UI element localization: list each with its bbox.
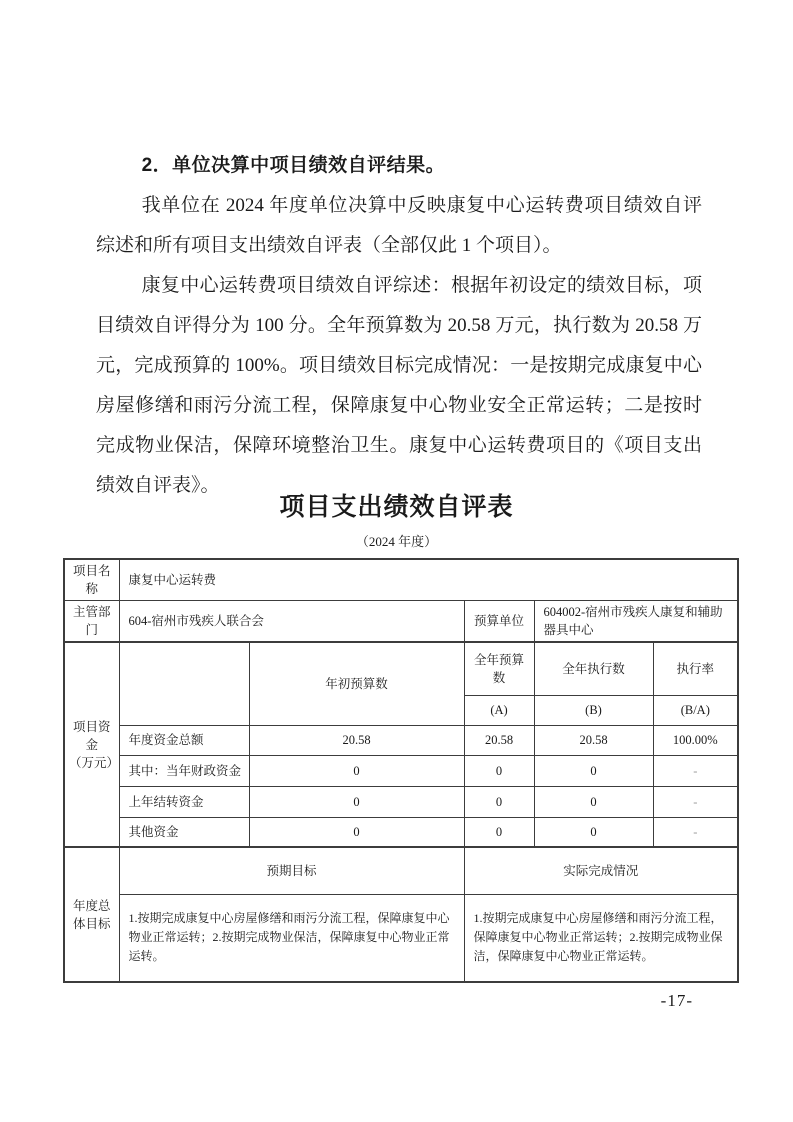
row-goal-header: 年度总 体目标 预期目标 实际完成情况 bbox=[64, 847, 738, 894]
section-heading: 2．单位决算中项目绩效自评结果。 bbox=[96, 146, 702, 186]
fund-rate-value: - bbox=[653, 755, 738, 786]
fund-rate-value: - bbox=[653, 786, 738, 817]
row-funds-header: 项目资 金 （万元） 年初预算数 全年预算数 全年执行数 执行率 bbox=[64, 642, 738, 695]
body-text-block: 2．单位决算中项目绩效自评结果。 我单位在 2024 年度单位决算中反映康复中心… bbox=[96, 146, 702, 506]
page-number: -17- bbox=[661, 991, 693, 1011]
fund-exec-value: 0 bbox=[534, 755, 653, 786]
fund-rate-value: 100.00% bbox=[653, 725, 738, 755]
dept-label: 主管部 门 bbox=[64, 601, 119, 643]
fund-rate-value: - bbox=[653, 817, 738, 847]
fund-row-label: 其他资金 bbox=[119, 817, 249, 847]
col-subheader-a: (A) bbox=[464, 695, 534, 725]
table-title: 项目支出绩效自评表 bbox=[0, 487, 793, 523]
fund-exec-value: 20.58 bbox=[534, 725, 653, 755]
table-subtitle: （2024 年度） bbox=[0, 531, 793, 550]
row-project-name: 项目名 称 康复中心运转费 bbox=[64, 559, 738, 601]
paragraph-summary: 我单位在 2024 年度单位决算中反映康复中心运转费项目绩效自评综述和所有项目支… bbox=[96, 186, 702, 266]
col-header-annual-budget: 全年预算数 bbox=[464, 642, 534, 695]
fund-exec-value: 0 bbox=[534, 817, 653, 847]
fund-row-label: 上年结转资金 bbox=[119, 786, 249, 817]
expected-goal-header: 预期目标 bbox=[119, 847, 464, 894]
annual-goal-label: 年度总 体目标 bbox=[64, 847, 119, 982]
budget-unit-value: 604002-宿州市残疾人康复和辅助器具中心 bbox=[534, 601, 738, 643]
budget-unit-label: 预算单位 bbox=[464, 601, 534, 643]
fund-budget-value: 0 bbox=[464, 755, 534, 786]
col-header-exec-rate: 执行率 bbox=[653, 642, 738, 695]
project-name-value: 康复中心运转费 bbox=[119, 559, 738, 601]
fund-initial-value: 0 bbox=[249, 786, 464, 817]
expected-goal-text: 1.按期完成康复中心房屋修缮和雨污分流工程，保障康复中心物业正常运转；2.按期完… bbox=[119, 894, 464, 982]
fund-row-other: 其他资金 0 0 0 - bbox=[64, 817, 738, 847]
fund-row-label: 年度资金总额 bbox=[119, 725, 249, 755]
actual-result-header: 实际完成情况 bbox=[464, 847, 738, 894]
funds-section-label: 项目资 金 （万元） bbox=[64, 642, 119, 847]
dept-value: 604-宿州市残疾人联合会 bbox=[119, 601, 464, 643]
performance-self-eval-table: 项目名 称 康复中心运转费 主管部 门 604-宿州市残疾人联合会 预算单位 6… bbox=[63, 558, 739, 983]
fund-row-fiscal: 其中：当年财政资金 0 0 0 - bbox=[64, 755, 738, 786]
document-page: 2．单位决算中项目绩效自评结果。 我单位在 2024 年度单位决算中反映康复中心… bbox=[0, 0, 793, 1122]
fund-initial-value: 0 bbox=[249, 817, 464, 847]
fund-initial-value: 0 bbox=[249, 755, 464, 786]
fund-initial-value: 20.58 bbox=[249, 725, 464, 755]
paragraph-detail: 康复中心运转费项目绩效自评综述：根据年初设定的绩效目标，项目绩效自评得分为 10… bbox=[96, 266, 702, 506]
col-header-initial-budget: 年初预算数 bbox=[249, 642, 464, 725]
actual-result-text: 1.按期完成康复中心房屋修缮和雨污分流工程，保障康复中心物业正常运转；2.按期完… bbox=[464, 894, 738, 982]
fund-budget-value: 0 bbox=[464, 786, 534, 817]
fund-exec-value: 0 bbox=[534, 786, 653, 817]
fund-row-carryover: 上年结转资金 0 0 0 - bbox=[64, 786, 738, 817]
row-department: 主管部 门 604-宿州市残疾人联合会 预算单位 604002-宿州市残疾人康复… bbox=[64, 601, 738, 643]
funds-blank-cell bbox=[119, 642, 249, 725]
fund-row-label: 其中：当年财政资金 bbox=[119, 755, 249, 786]
fund-budget-value: 20.58 bbox=[464, 725, 534, 755]
project-name-label: 项目名 称 bbox=[64, 559, 119, 601]
col-header-annual-exec: 全年执行数 bbox=[534, 642, 653, 695]
fund-budget-value: 0 bbox=[464, 817, 534, 847]
row-goal-content: 1.按期完成康复中心房屋修缮和雨污分流工程，保障康复中心物业正常运转；2.按期完… bbox=[64, 894, 738, 982]
fund-row-total: 年度资金总额 20.58 20.58 20.58 100.00% bbox=[64, 725, 738, 755]
col-subheader-b: (B) bbox=[534, 695, 653, 725]
col-subheader-ba: (B/A) bbox=[653, 695, 738, 725]
